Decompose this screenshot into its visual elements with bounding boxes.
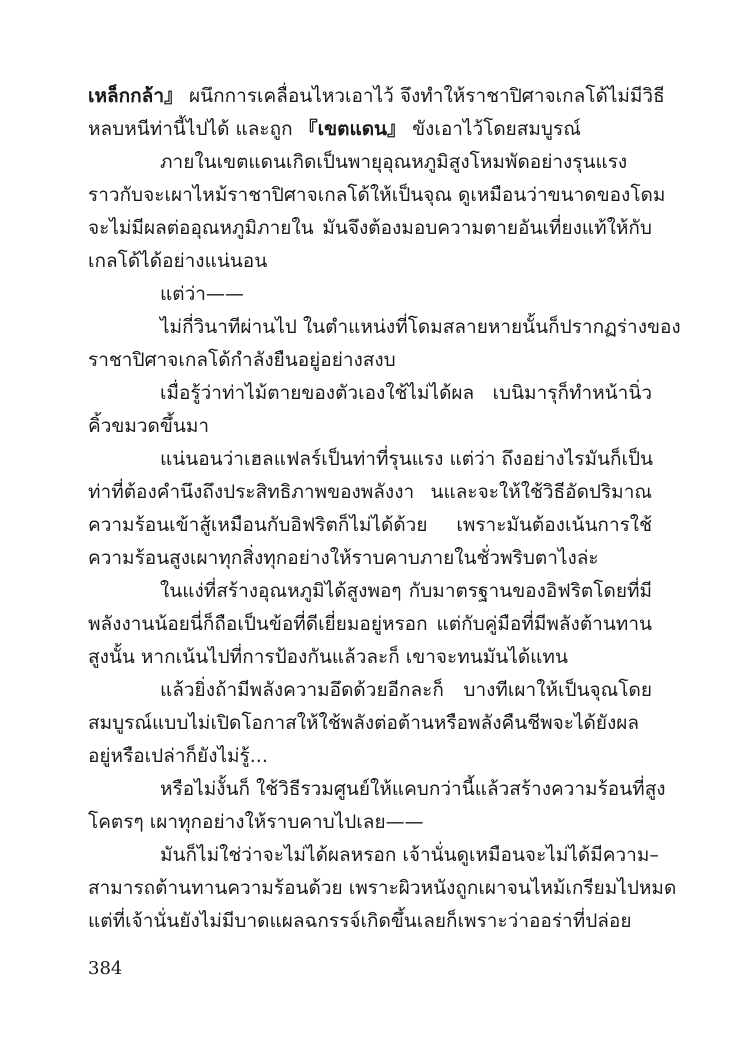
text-line: สามารถต้านทานความร้อนด้วย เพราะผิวหนังถู… — [88, 872, 652, 905]
text-line: เกลโด้ได้อย่างแน่นอน — [88, 245, 652, 278]
text-line: พลังงานน้อยนี่ก็ถือเป็นข้อที่ดีเยี่ยมอยู… — [88, 608, 652, 641]
text-line: ราวกับจะเผาไหม้ราชาปิศาจเกลโด้ให้เป็นจุณ… — [88, 179, 652, 212]
text-line: สูงนั้น หากเน้นไปที่การป้องกันแล้วละก็ เ… — [88, 641, 652, 674]
text-line: ท่าที่ต้องคำนึงถึงประสิทธิภาพของพลังงา น… — [88, 476, 652, 509]
text-line: จะไม่มีผลต่ออุณหภูมิภายใน มันจึงต้องมอบค… — [88, 212, 652, 245]
page-body: เหล็กกล้า』 ผนึกการเคลื่อนไหวเอาไว้ จึงทำ… — [88, 80, 652, 938]
text-line: เหล็กกล้า』 ผนึกการเคลื่อนไหวเอาไว้ จึงทำ… — [88, 80, 652, 113]
text-line: สมบูรณ์แบบไม่เปิดโอกาสให้ใช้พลังต่อต้านห… — [88, 707, 652, 740]
text-line: แต่ว่า—— — [88, 278, 652, 311]
text-line: คิ้วขมวดขึ้นมา — [88, 410, 652, 443]
text-line: โคตรๆ เผาทุกอย่างให้ราบคาบไปเลย—— — [88, 806, 652, 839]
page-number: 384 — [88, 958, 122, 979]
text-line: ภายในเขตแดนเกิดเป็นพายุอุณหภูมิสูงโหมพัด… — [88, 146, 652, 179]
bold-term: 『เขตแดน』 — [299, 118, 406, 140]
text-line: แล้วยิ่งถ้ามีพลังความอึดด้วยอีกละก็ บางท… — [88, 674, 652, 707]
text-line: มันก็ไม่ใช่ว่าจะไม่ได้ผลหรอก เจ้านั่นดูเ… — [88, 839, 652, 872]
text-line: ความร้อนสูงเผาทุกสิ่งทุกอย่างให้ราบคาบภา… — [88, 542, 652, 575]
bold-term: เหล็กกล้า』 — [88, 85, 183, 107]
text-line: ในแง่ที่สร้างอุณหภูมิได้สูงพอๆ กับมาตรฐา… — [88, 575, 652, 608]
text-line: ความร้อนเข้าสู้เหมือนกับอิฟริตก็ไม่ได้ด้… — [88, 509, 652, 542]
text-line: ไม่กี่วินาทีผ่านไป ในตำแหน่งที่โดมสลายหา… — [88, 311, 652, 344]
text-line: อยู่หรือเปล่าก็ยังไม่รู้... — [88, 740, 652, 773]
text-line: เมื่อรู้ว่าท่าไม้ตายของตัวเองใช้ไม่ได้ผล… — [88, 377, 652, 410]
text-line: แต่ที่เจ้านั่นยังไม่มีบาดแผลฉกรรจ์เกิดขึ… — [88, 905, 652, 938]
text-line: แน่นอนว่าเฮลแฟลร์เป็นท่าที่รุนแรง แต่ว่า… — [88, 443, 652, 476]
text-line: หลบหนีท่านี้ไปได้ และถูก 『เขตแดน』 ขังเอา… — [88, 113, 652, 146]
text-line: ราชาปิศาจเกลโด้กำลังยืนอยู่อย่างสงบ — [88, 344, 652, 377]
text-line: หรือไม่งั้นก็ ใช้วิธีรวมศูนย์ให้แคบกว่าน… — [88, 773, 652, 806]
